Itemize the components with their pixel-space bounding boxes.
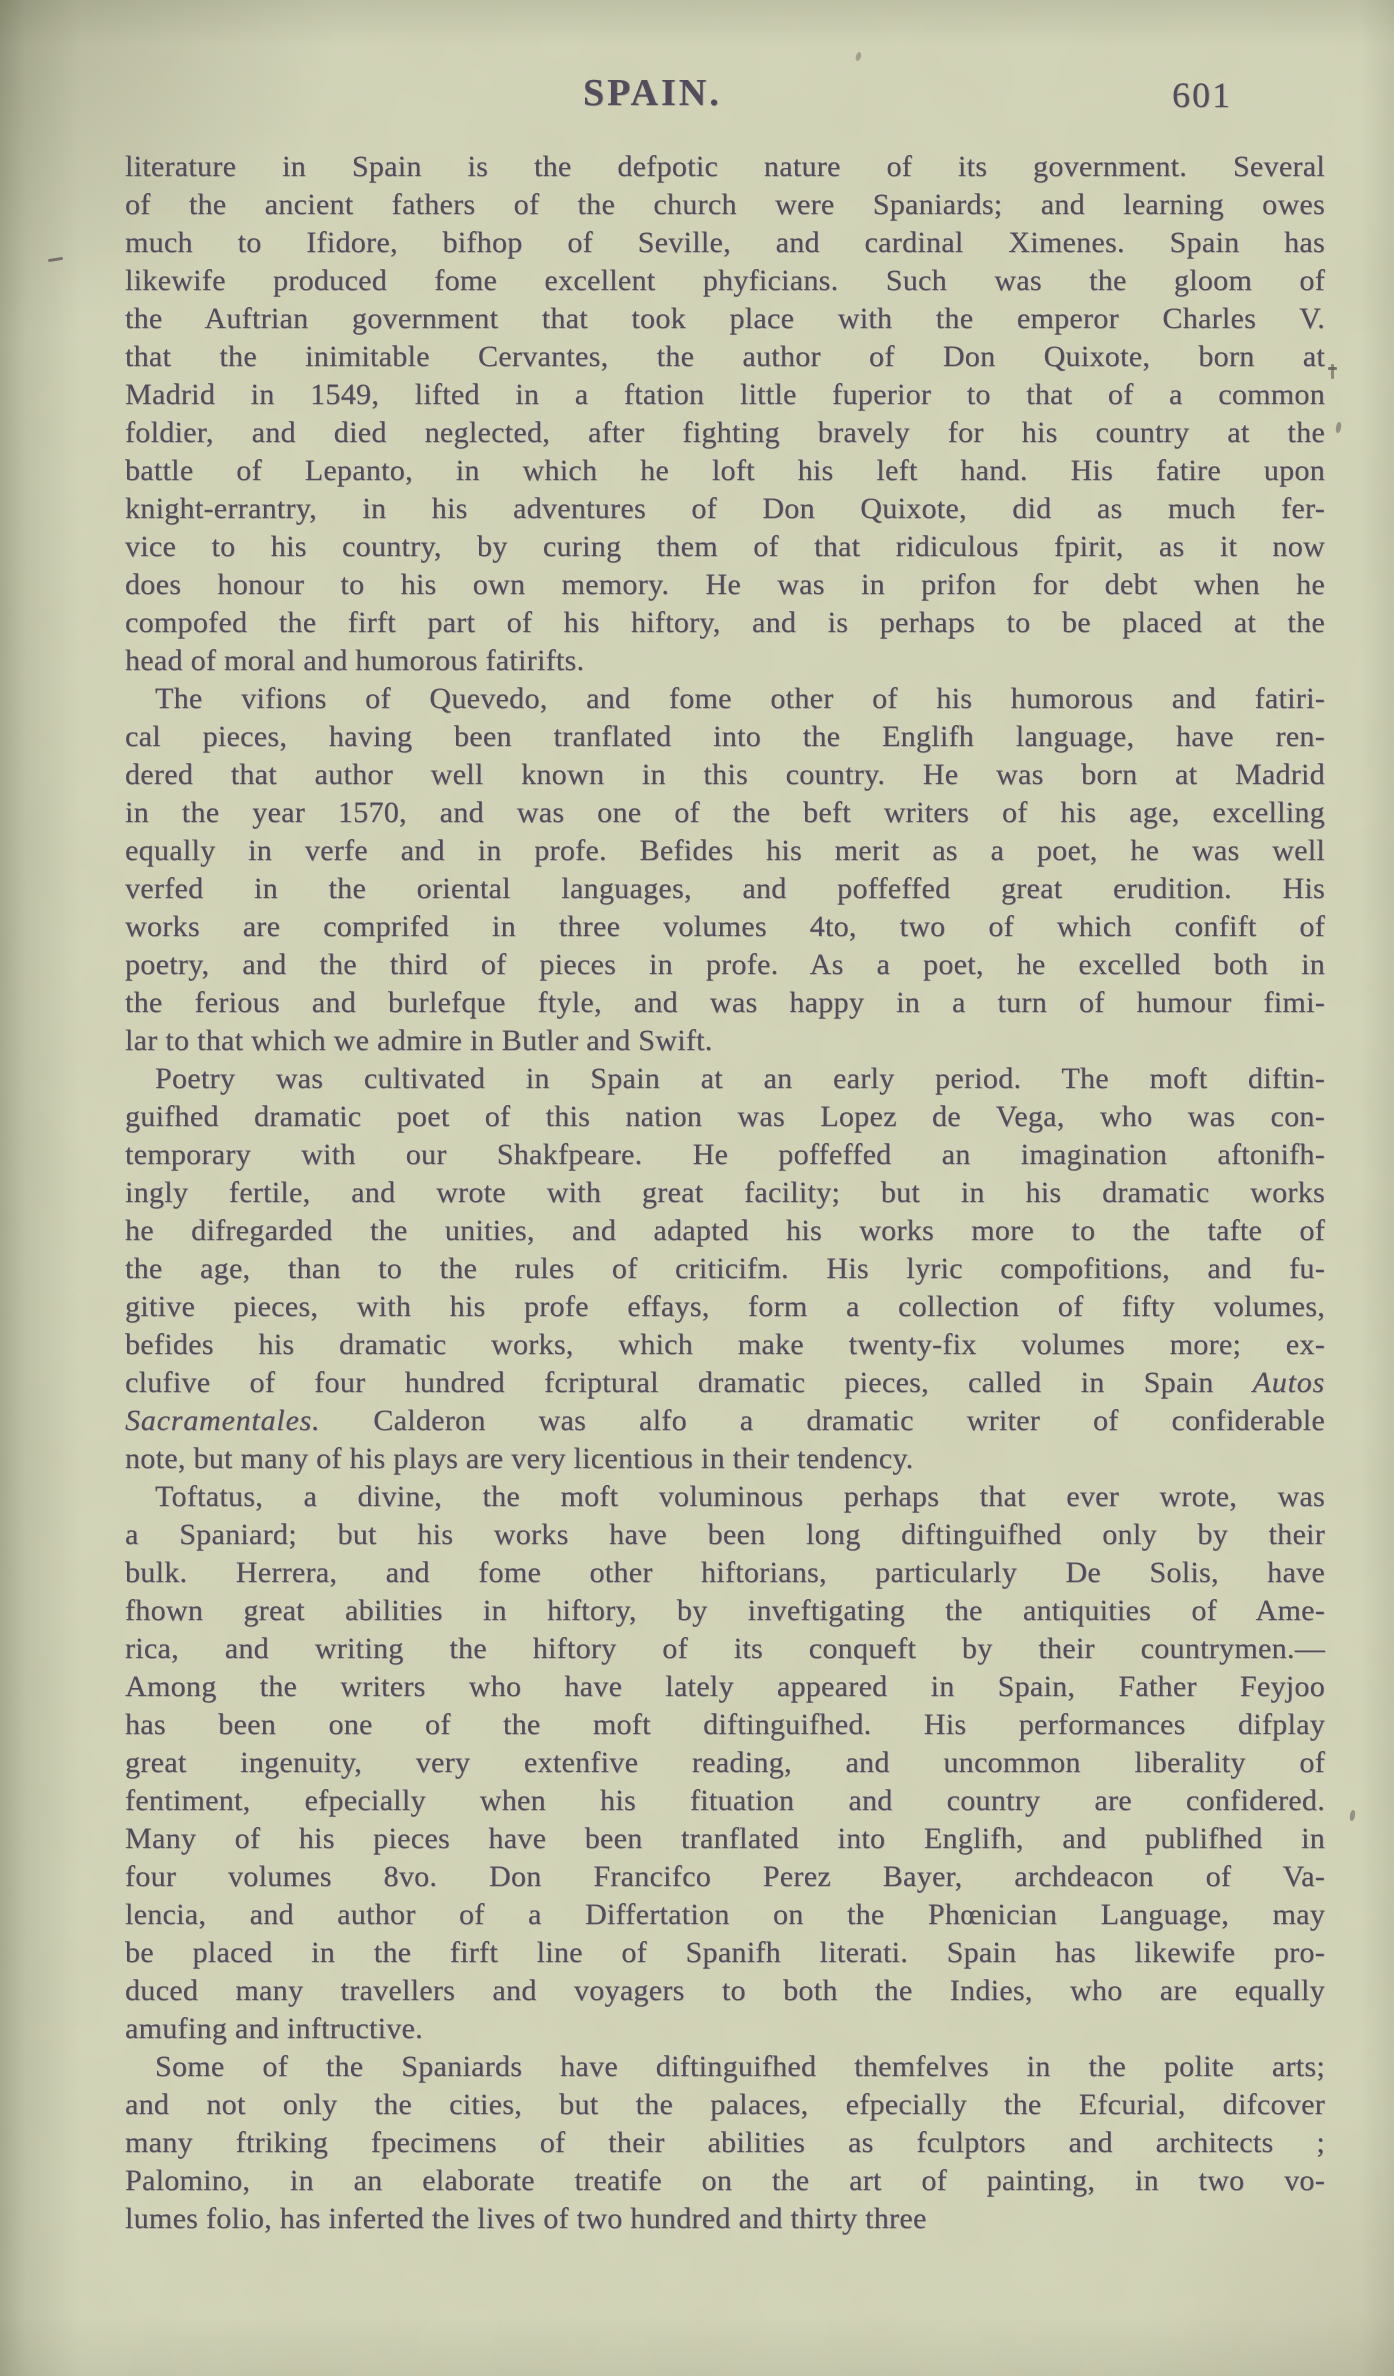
text-line: gitive pieces, with his profe effays, fo… (125, 1288, 1325, 1326)
text-line: Among the writers who have lately appear… (125, 1668, 1325, 1706)
text-line: many ftriking fpecimens of their abiliti… (125, 2124, 1325, 2162)
ink-speck (48, 257, 63, 262)
text-line: a Spaniard; but his works have been long… (125, 1516, 1325, 1554)
text-line: cal pieces, having been tranflated into … (125, 718, 1325, 756)
text-line: compofed the firft part of his hiftory, … (125, 604, 1325, 642)
text-line: be placed in the firft line of Spanifh l… (125, 1934, 1325, 1972)
paragraph: Some of the Spaniards have diftinguifhed… (125, 2048, 1325, 2238)
text-body: literature in Spain is the defpotic natu… (125, 148, 1325, 2238)
text-line: poetry, and the third of pieces in profe… (125, 946, 1325, 984)
text-line: has been one of the moft diftinguifhed. … (125, 1706, 1325, 1744)
text-line: fhown great abilities in hiftory, by inv… (125, 1592, 1325, 1630)
text-line: lar to that which we admire in Butler an… (125, 1022, 1325, 1060)
text-line: vice to his country, by curing them of t… (125, 528, 1325, 566)
text-line: amufing and inftructive. (125, 2010, 1325, 2048)
text-line: temporary with our Shakfpeare. He poffef… (125, 1136, 1325, 1174)
text-line: he difregarded the unities, and adapted … (125, 1212, 1325, 1250)
text-line: clufive of four hundred fcriptural drama… (125, 1364, 1325, 1402)
paragraph: Toftatus, a divine, the moft voluminous … (125, 1478, 1325, 2048)
text-line: equally in verfe and in profe. Befides h… (125, 832, 1325, 870)
text-line: verfed in the oriental languages, and po… (125, 870, 1325, 908)
text-line: great ingenuity, very extenfive reading,… (125, 1744, 1325, 1782)
ink-speck (855, 52, 862, 62)
text-line: The vifions of Quevedo, and fome other o… (125, 680, 1325, 718)
text-line: ingly fertile, and wrote with great faci… (125, 1174, 1325, 1212)
text-line: Many of his pieces have been tranflated … (125, 1820, 1325, 1858)
text-line: of the ancient fathers of the church wer… (125, 186, 1325, 224)
text-line: befides his dramatic works, which make t… (125, 1326, 1325, 1364)
text-line: duced many travellers and voyagers to bo… (125, 1972, 1325, 2010)
text-line: likewife produced fome excellent phyfici… (125, 262, 1325, 300)
book-page: SPAIN. 601 literature in Spain is the de… (0, 0, 1394, 2376)
text-line: and not only the cities, but the palaces… (125, 2086, 1325, 2124)
text-line: Madrid in 1549, lifted in a ftation litt… (125, 376, 1325, 414)
text-line: bulk. Herrera, and fome other hiftorians… (125, 1554, 1325, 1592)
text-line: the ferious and burlefque ftyle, and was… (125, 984, 1325, 1022)
text-line: in the year 1570, and was one of the bef… (125, 794, 1325, 832)
text-line: Palomino, in an elaborate treatife on th… (125, 2162, 1325, 2200)
text-line: Toftatus, a divine, the moft voluminous … (125, 1478, 1325, 1516)
text-line: the Auftrian government that took place … (125, 300, 1325, 338)
page-number: 601 (1172, 74, 1232, 116)
text-line: note, but many of his plays are very lic… (125, 1440, 1325, 1478)
text-line: Poetry was cultivated in Spain at an ear… (125, 1060, 1325, 1098)
text-line: foldier, and died neglected, after fight… (125, 414, 1325, 452)
text-line: lencia, and author of a Differtation on … (125, 1896, 1325, 1934)
text-line: four volumes 8vo. Don Francifco Perez Ba… (125, 1858, 1325, 1896)
page-title: SPAIN. (583, 72, 722, 114)
text-line: Sacramentales. Calderon was alfo a drama… (125, 1402, 1325, 1440)
text-line: that the inimitable Cervantes, the autho… (125, 338, 1325, 376)
paragraph: Poetry was cultivated in Spain at an ear… (125, 1060, 1325, 1478)
text-line: lumes folio, has inferted the lives of t… (125, 2200, 1325, 2238)
text-line: does honour to his own memory. He was in… (125, 566, 1325, 604)
dagger-mark (1331, 364, 1334, 379)
paragraph: literature in Spain is the defpotic natu… (125, 148, 1325, 680)
ink-speck (1335, 422, 1342, 434)
text-line: rica, and writing the hiftory of its con… (125, 1630, 1325, 1668)
text-line: dered that author well known in this cou… (125, 756, 1325, 794)
text-line: works are comprifed in three volumes 4to… (125, 908, 1325, 946)
text-line: head of moral and humorous fatirifts. (125, 642, 1325, 680)
text-line: much to Ifidore, bifhop of Seville, and … (125, 224, 1325, 262)
text-line: the age, than to the rules of criticifm.… (125, 1250, 1325, 1288)
ink-speck (1349, 1810, 1356, 1822)
text-line: fentiment, efpecially when his fituation… (125, 1782, 1325, 1820)
text-line: Some of the Spaniards have diftinguifhed… (125, 2048, 1325, 2086)
paragraph: The vifions of Quevedo, and fome other o… (125, 680, 1325, 1060)
text-line: battle of Lepanto, in which he loft his … (125, 452, 1325, 490)
text-line: knight-errantry, in his adventures of Do… (125, 490, 1325, 528)
text-line: literature in Spain is the defpotic natu… (125, 148, 1325, 186)
text-line: guifhed dramatic poet of this nation was… (125, 1098, 1325, 1136)
